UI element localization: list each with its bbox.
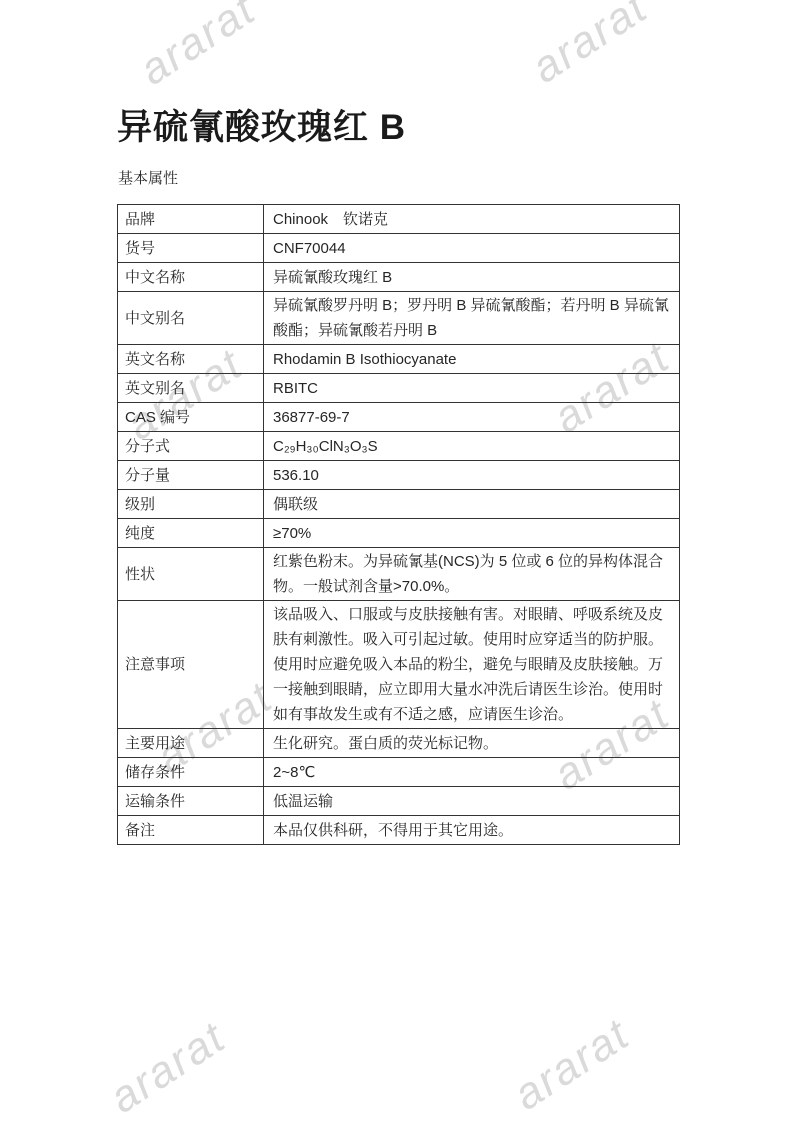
table-row: 级别偶联级 [118,490,680,519]
watermark-text: ararat [505,1009,639,1120]
row-value: 低温运输 [264,787,680,816]
table-row: 中文名称异硫氰酸玫瑰红 B [118,263,680,292]
row-label: 备注 [118,816,264,845]
row-label: 品牌 [118,205,264,234]
watermark-text: ararat [101,1012,235,1122]
row-value: ≥70% [264,519,680,548]
row-label: 英文名称 [118,345,264,374]
table-row: 主要用途生化研究。蛋白质的荧光标记物。 [118,729,680,758]
table-row: 性状红紫色粉末。为异硫氰基(NCS)为 5 位或 6 位的异构体混合物。一般试剂… [118,548,680,601]
table-row: CAS 编号36877-69-7 [118,403,680,432]
table-row: 纯度≥70% [118,519,680,548]
row-value: CNF70044 [264,234,680,263]
row-value: RBITC [264,374,680,403]
row-label: 运输条件 [118,787,264,816]
table-row: 分子量536.10 [118,461,680,490]
row-label: 性状 [118,548,264,601]
properties-table: 品牌Chinook 钦诺克货号CNF70044中文名称异硫氰酸玫瑰红 B中文别名… [117,204,680,845]
row-label: 货号 [118,234,264,263]
row-value: 红紫色粉末。为异硫氰基(NCS)为 5 位或 6 位的异构体混合物。一般试剂含量… [264,548,680,601]
row-value: 生化研究。蛋白质的荧光标记物。 [264,729,680,758]
document-page: ararat ararat ararat ararat ararat arara… [0,0,793,1122]
row-label: 分子式 [118,432,264,461]
row-value: 偶联级 [264,490,680,519]
row-label: 主要用途 [118,729,264,758]
row-value: 2~8℃ [264,758,680,787]
row-label: 纯度 [118,519,264,548]
table-row: 品牌Chinook 钦诺克 [118,205,680,234]
section-heading: 基本属性 [118,167,178,188]
table-row: 英文别名RBITC [118,374,680,403]
row-label: CAS 编号 [118,403,264,432]
row-value: 该品吸入、口服或与皮肤接触有害。对眼睛、呼吸系统及皮肤有刺激性。吸入可引起过敏。… [264,601,680,729]
table-row: 备注本品仅供科研，不得用于其它用途。 [118,816,680,845]
table-row: 运输条件低温运输 [118,787,680,816]
properties-table-body: 品牌Chinook 钦诺克货号CNF70044中文名称异硫氰酸玫瑰红 B中文别名… [118,205,680,845]
row-label: 级别 [118,490,264,519]
row-value: C₂₉H₃₀ClN₃O₃S [264,432,680,461]
watermark-text: ararat [131,0,265,96]
page-title: 异硫氰酸玫瑰红 B [117,100,406,150]
row-label: 英文别名 [118,374,264,403]
row-value: 异硫氰酸玫瑰红 B [264,263,680,292]
row-value: 异硫氰酸罗丹明 B；罗丹明 B 异硫氰酸酯；若丹明 B 异硫氰酸酯；异硫氰酸若丹… [264,292,680,345]
table-row: 中文别名异硫氰酸罗丹明 B；罗丹明 B 异硫氰酸酯；若丹明 B 异硫氰酸酯；异硫… [118,292,680,345]
watermark-text: ararat [523,0,657,94]
table-row: 注意事项该品吸入、口服或与皮肤接触有害。对眼睛、呼吸系统及皮肤有刺激性。吸入可引… [118,601,680,729]
table-row: 分子式C₂₉H₃₀ClN₃O₃S [118,432,680,461]
table-row: 英文名称Rhodamin B Isothiocyanate [118,345,680,374]
table-row: 货号CNF70044 [118,234,680,263]
row-label: 分子量 [118,461,264,490]
table-row: 储存条件2~8℃ [118,758,680,787]
row-value: Chinook 钦诺克 [264,205,680,234]
row-value: 36877-69-7 [264,403,680,432]
row-value: 536.10 [264,461,680,490]
row-label: 注意事项 [118,601,264,729]
row-value: Rhodamin B Isothiocyanate [264,345,680,374]
row-label: 中文别名 [118,292,264,345]
row-label: 储存条件 [118,758,264,787]
row-label: 中文名称 [118,263,264,292]
row-value: 本品仅供科研，不得用于其它用途。 [264,816,680,845]
